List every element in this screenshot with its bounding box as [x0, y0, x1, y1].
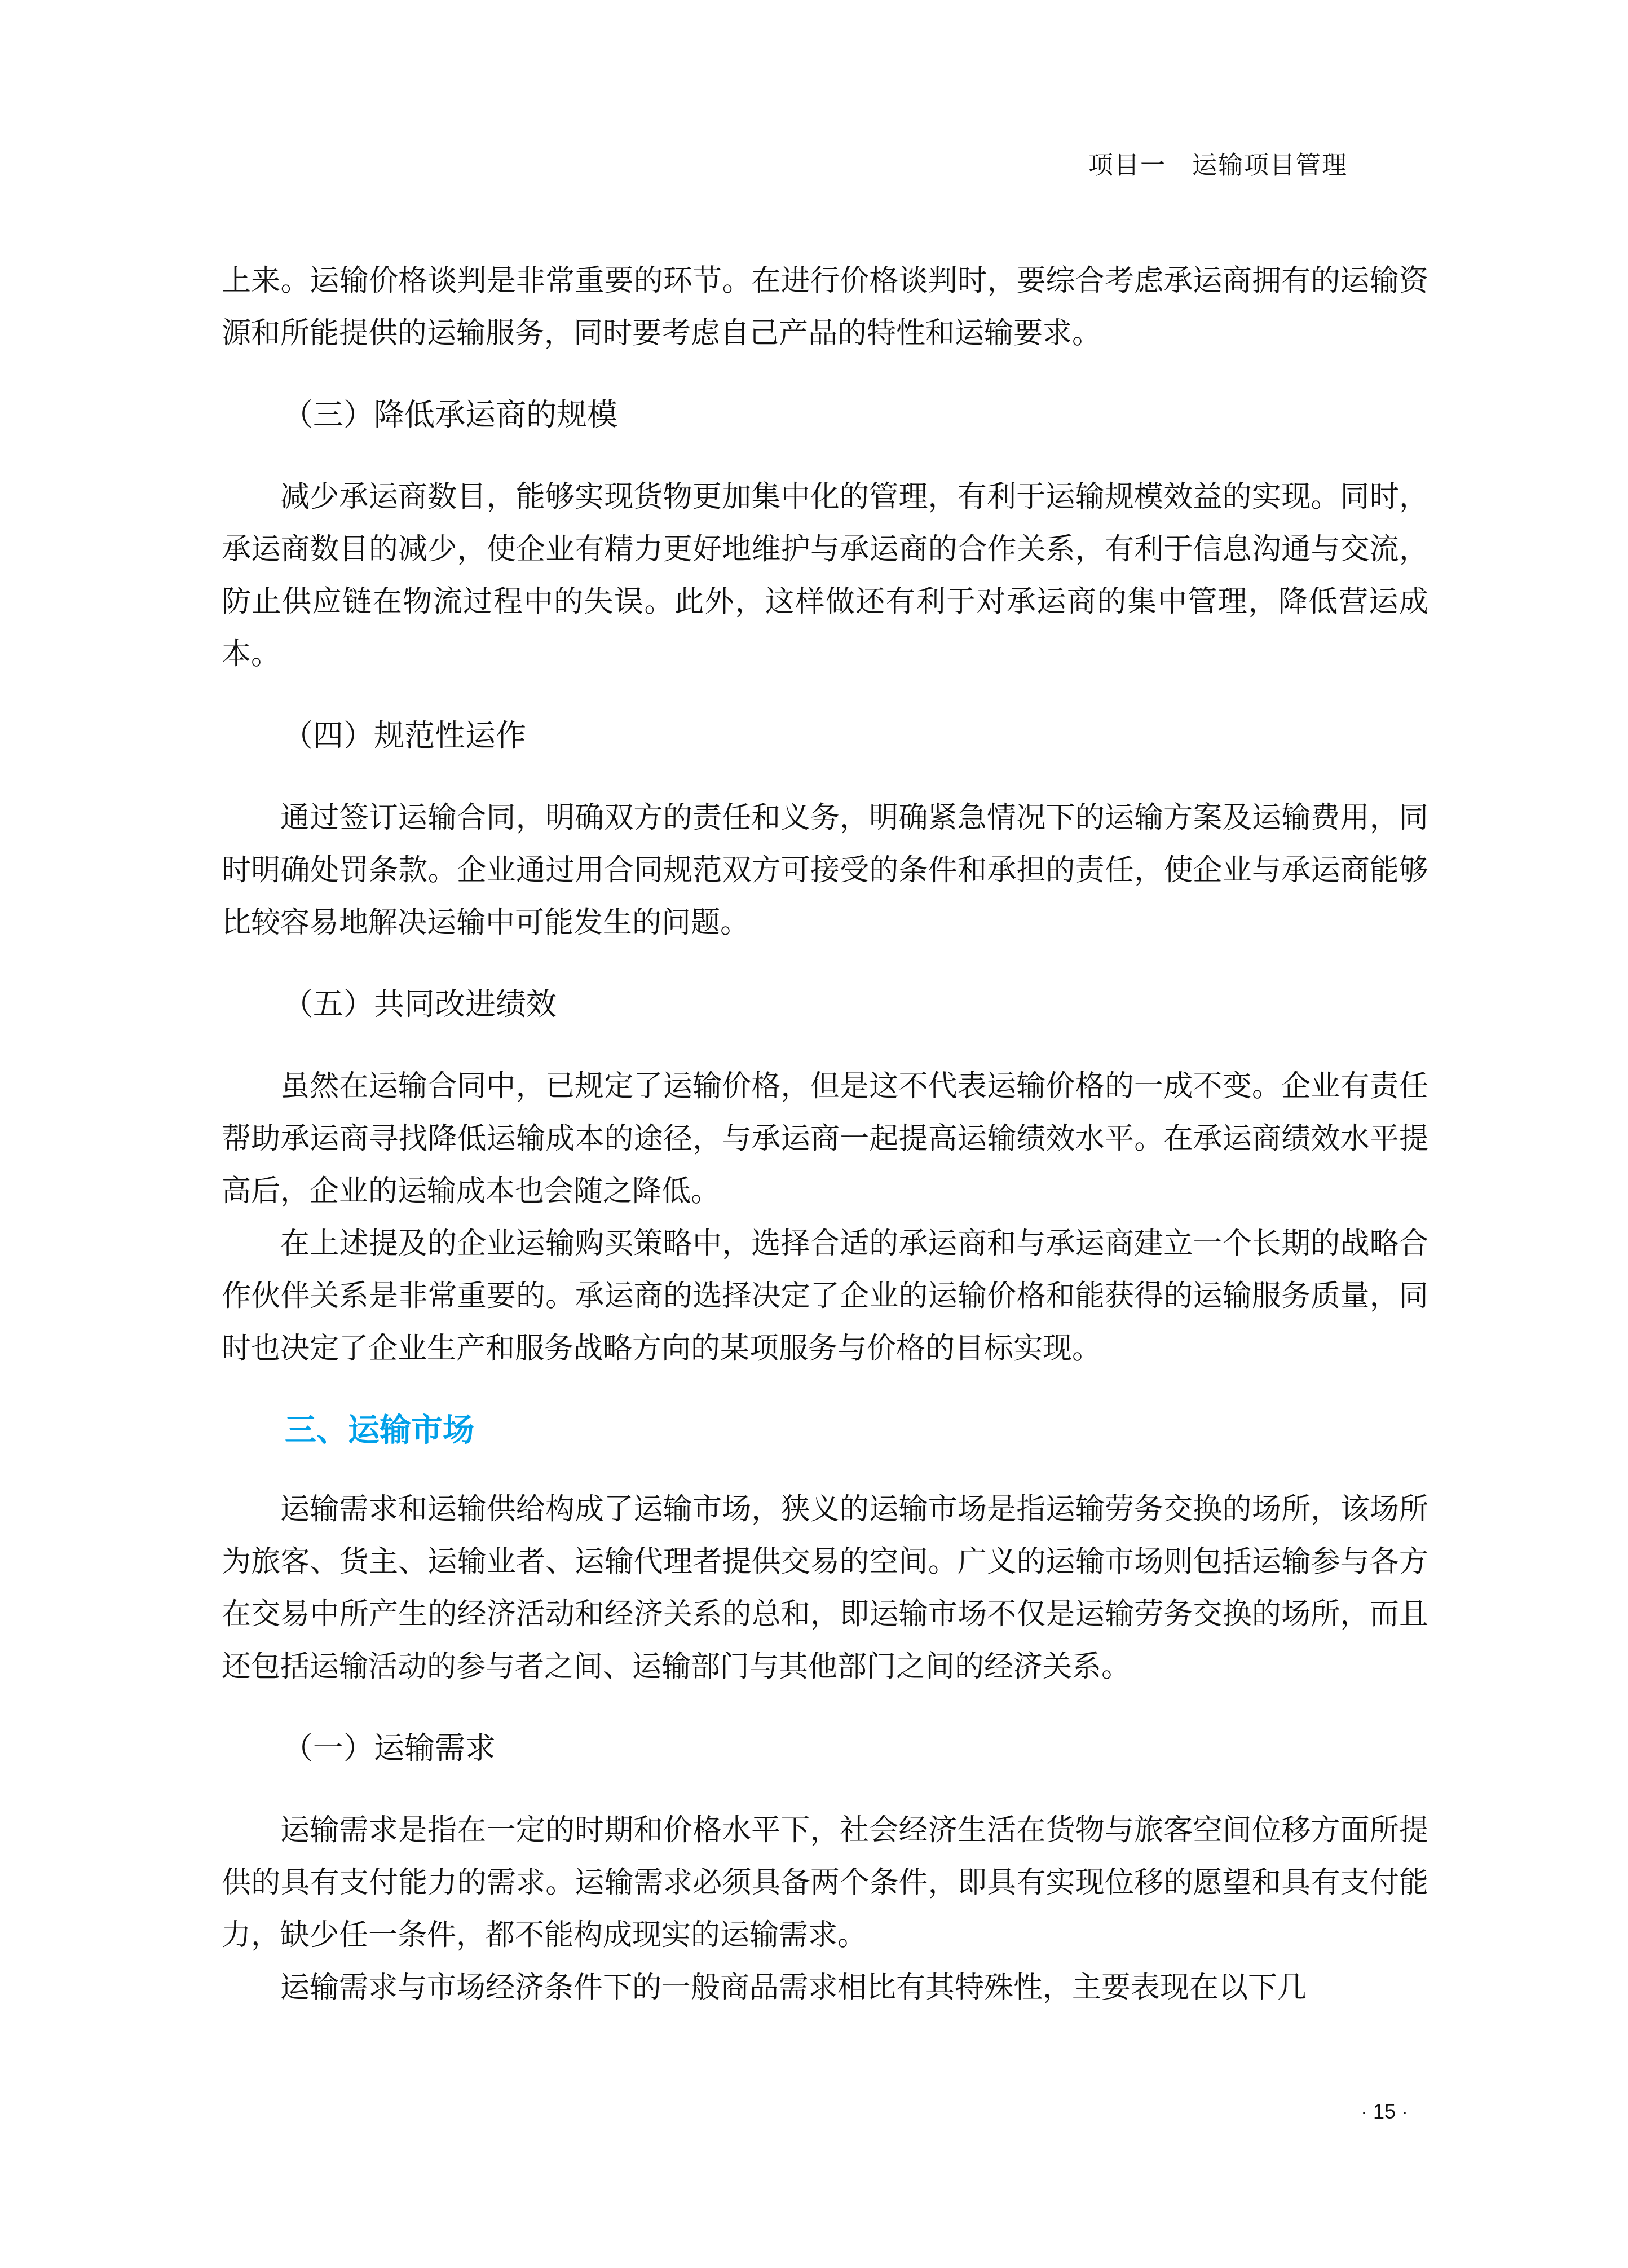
section-heading-transport-market: 三、运输市场	[222, 1403, 1428, 1457]
subsection-heading-4: （四）规范性运作	[222, 710, 1428, 763]
paragraph: 运输需求与市场经济条件下的一般商品需求相比有其特殊性，主要表现在以下几	[222, 1962, 1428, 2014]
paragraph: 运输需求和运输供给构成了运输市场，狭义的运输市场是指运输劳务交换的场所，该场所为…	[222, 1483, 1428, 1693]
book-page: 项目一 运输项目管理 上来。运输价格谈判是非常重要的环节。在进行价格谈判时，要综…	[0, 0, 1628, 2268]
paragraph: 虽然在运输合同中，已规定了运输价格，但是这不代表运输价格的一成不变。企业有责任帮…	[222, 1060, 1428, 1218]
subsection-heading-3: （三）降低承运商的规模	[222, 389, 1428, 442]
running-header: 项目一 运输项目管理	[1088, 152, 1348, 179]
paragraph: 运输需求是指在一定的时期和价格水平下，社会经济生活在货物与旅客空间位移方面所提供…	[222, 1804, 1428, 1962]
paragraph: 在上述提及的企业运输购买策略中，选择合适的承运商和与承运商建立一个长期的战略合作…	[222, 1218, 1428, 1375]
subsection-heading-5: （五）共同改进绩效	[222, 979, 1428, 1031]
paragraph: 通过签订运输合同，明确双方的责任和义务，明确紧急情况下的运输方案及运输费用，同时…	[222, 792, 1428, 949]
paragraph: 减少承运商数目，能够实现货物更加集中化的管理，有利于运输规模效益的实现。同时，承…	[222, 471, 1428, 681]
page-number: · 15 ·	[1361, 2100, 1408, 2123]
subsection-heading-1: （一）运输需求	[222, 1723, 1428, 1775]
paragraph-continuation: 上来。运输价格谈判是非常重要的环节。在进行价格谈判时，要综合考虑承运商拥有的运输…	[222, 255, 1428, 360]
page-content: 上来。运输价格谈判是非常重要的环节。在进行价格谈判时，要综合考虑承运商拥有的运输…	[222, 255, 1428, 2014]
